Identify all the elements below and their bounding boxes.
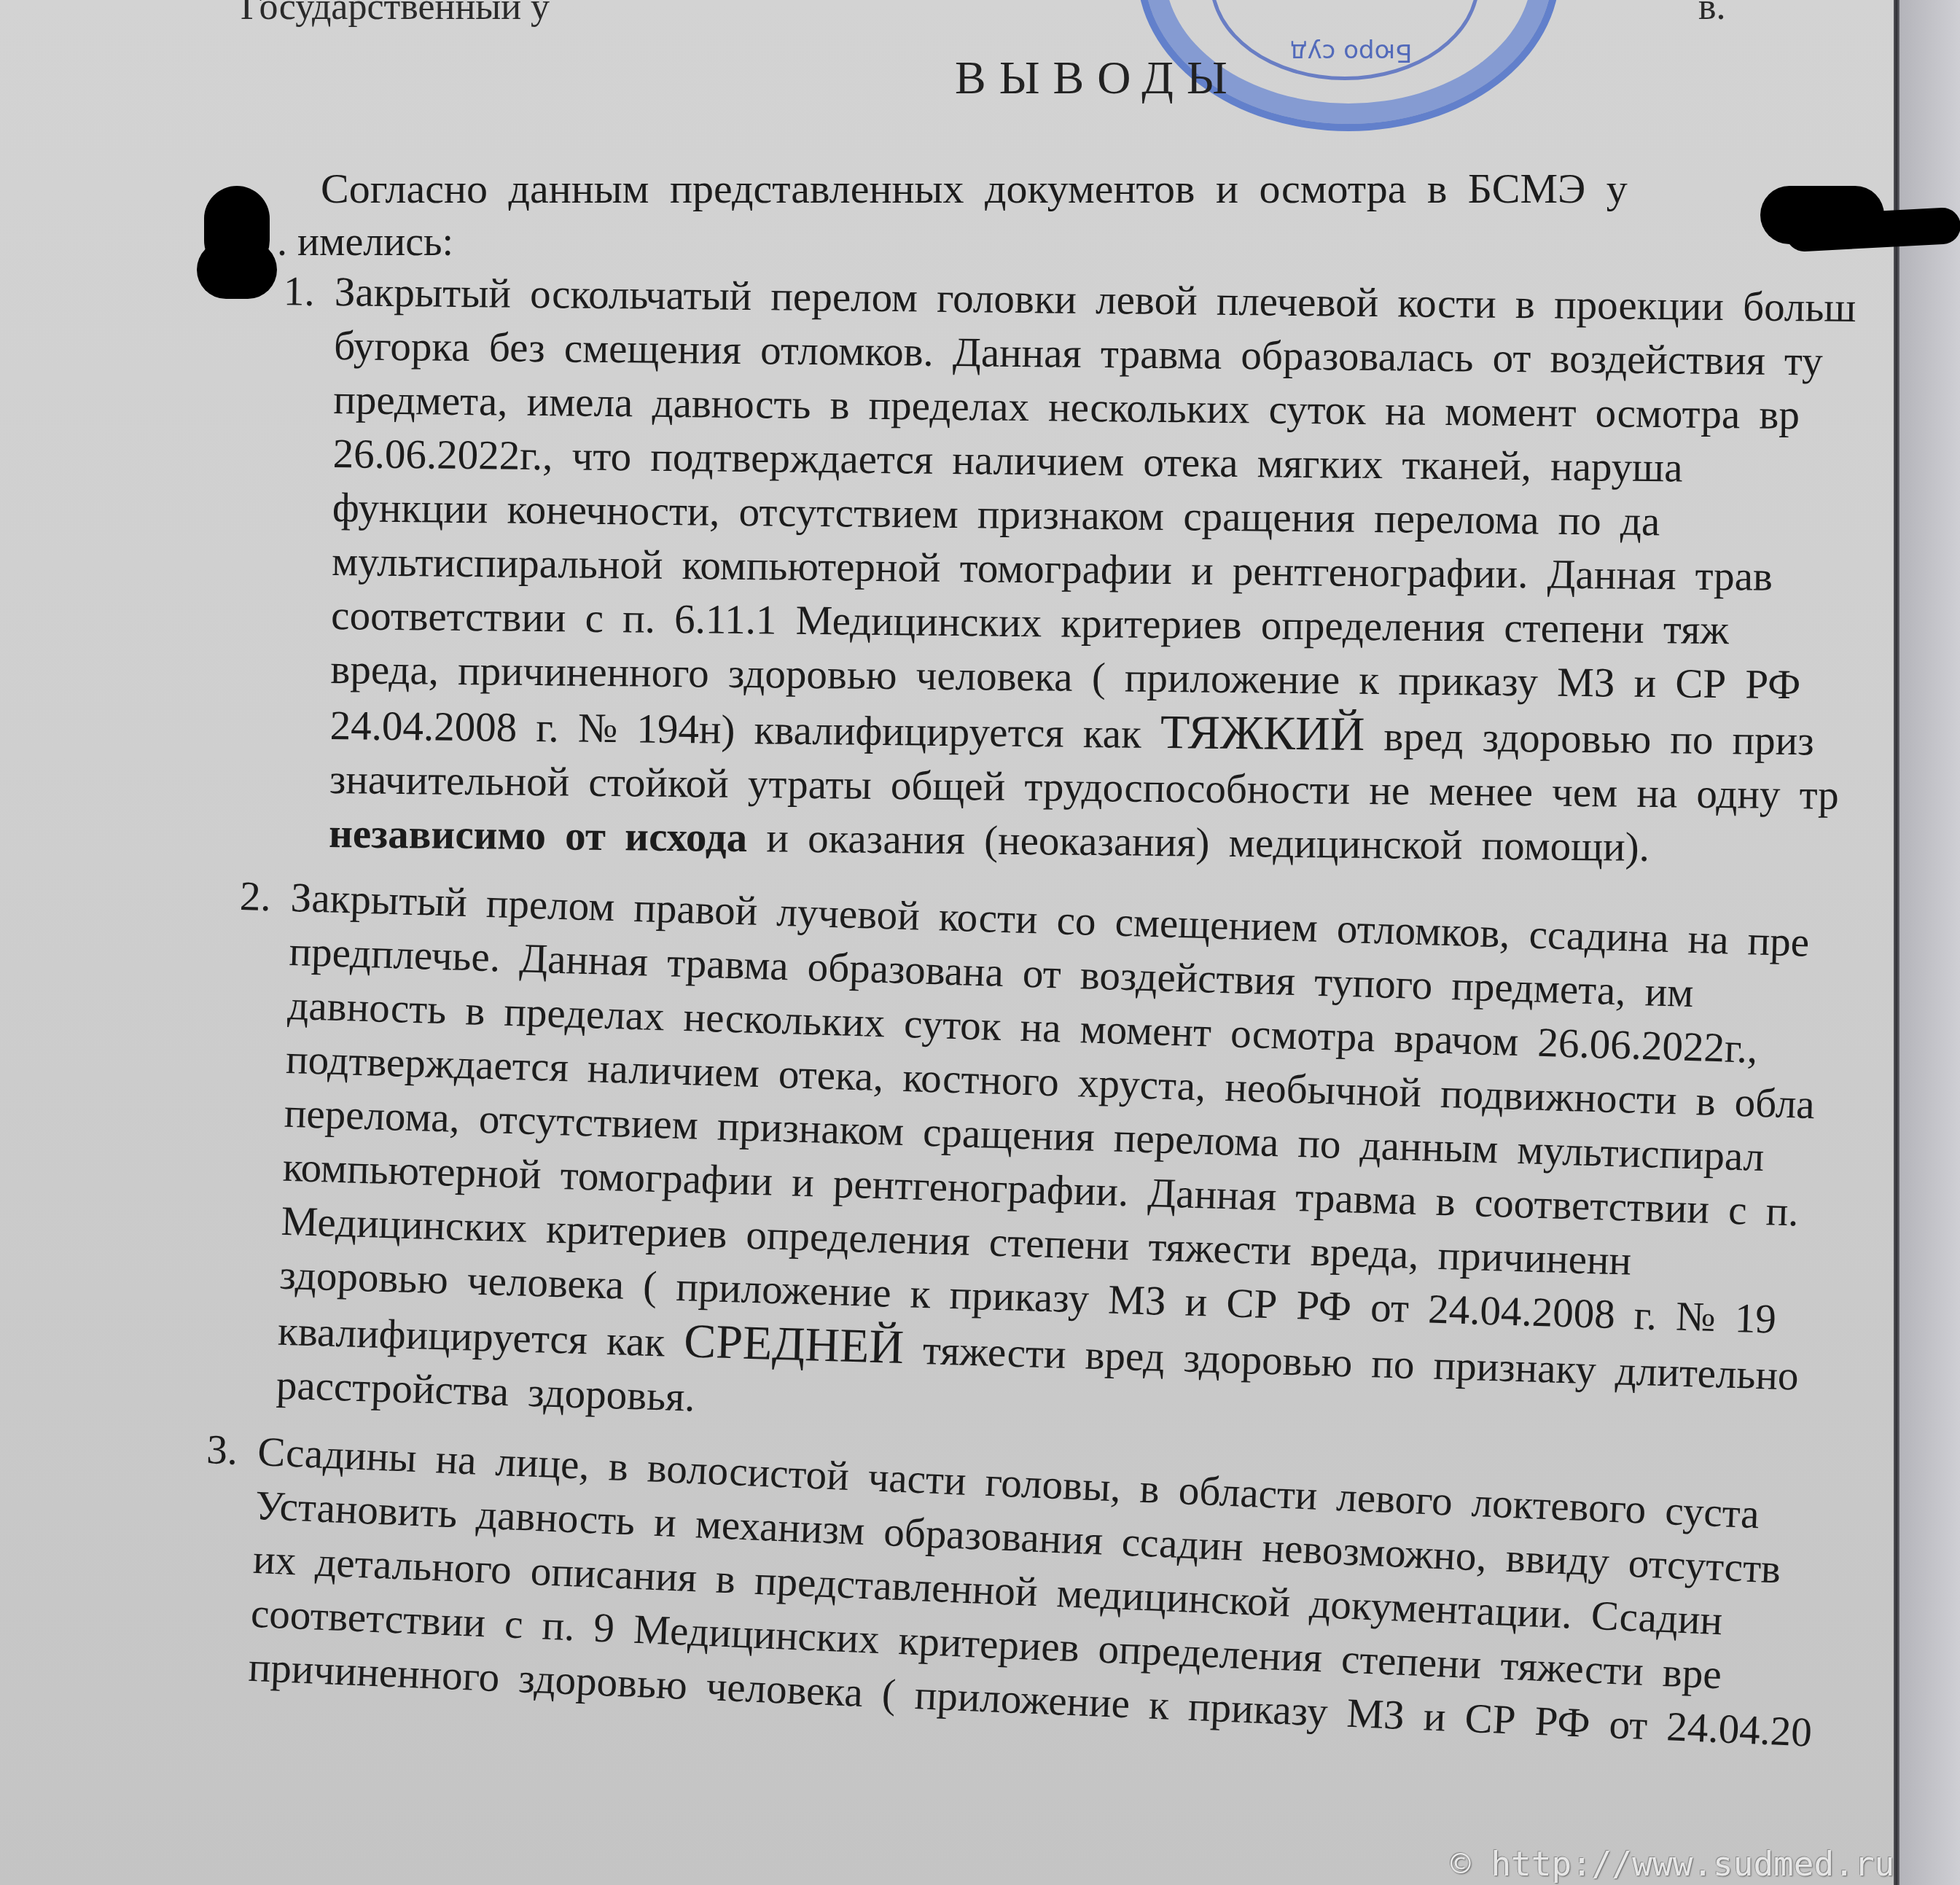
finding-item-1: 1. Закрытый оскольчатый перелом головки … [329, 265, 1856, 877]
underlying-page [1900, 0, 1960, 1885]
severity-grave: ТЯЖКИЙ [1160, 706, 1365, 761]
line-text: вред здоровью по приз [1364, 714, 1814, 764]
finding-item-3: 3. Ссадины на лице, в волосистой части г… [248, 1425, 1822, 1760]
bold-regardless-of-outcome: независимо от исхода [329, 811, 748, 861]
watermark: © http://www.sudmed.ru [1451, 1844, 1894, 1884]
page-title: ВЫВОДЫ [955, 51, 1241, 105]
item-number: 3. [206, 1423, 239, 1478]
finding-item-2: 2. Закрытый прелом правой лучевой кости … [276, 871, 1820, 1458]
line-text: квалифицируется как [277, 1308, 684, 1367]
item-number: 2. [239, 870, 272, 924]
header-line-tail: в. [1698, 0, 1726, 28]
line-text: 24.04.2008 г. № 194н) квалифицируется ка… [329, 703, 1160, 757]
intro-line-1: Согласно данным представленных документо… [321, 164, 1628, 213]
header-line: Государственный у [241, 0, 550, 28]
intro-line-2: . имелись: [277, 219, 453, 265]
line-text: и оказания (неоказания) медицинской помо… [747, 815, 1649, 870]
item-number: 1. [284, 265, 316, 319]
severity-moderate: СРЕДНЕЙ [683, 1314, 905, 1374]
redaction-left-lower [197, 241, 277, 299]
seal-stamp-text: Бюро суд [1290, 38, 1412, 67]
document: Государственный у в. Бюро суд ВЫВОДЫ Сог… [0, 0, 1895, 1885]
